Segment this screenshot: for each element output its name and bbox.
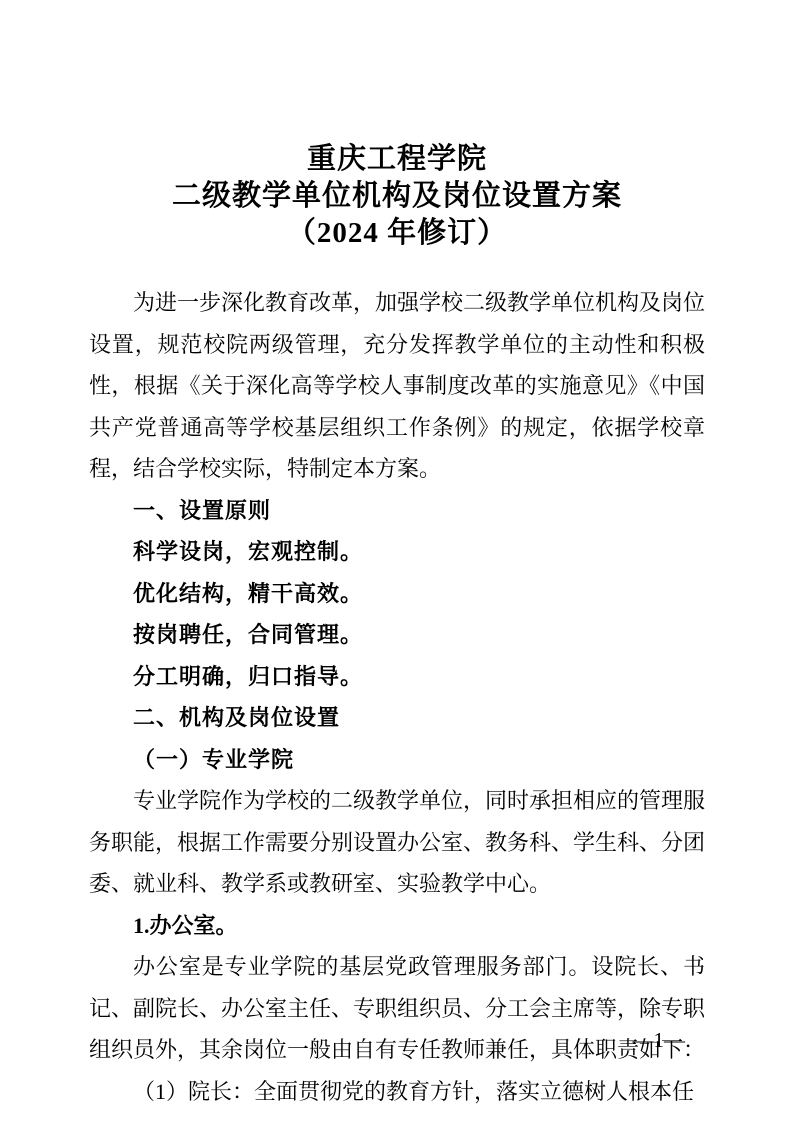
principle-item-1: 科学设岗，宏观控制。 (89, 531, 705, 573)
sub-heading-college: （一）专业学院 (89, 739, 705, 781)
college-paragraph: 专业学院作为学校的二级教学单位，同时承担相应的管理服务职能，根据工作需要分别设置… (89, 780, 705, 905)
dean-duty-paragraph: （1）院长：全面贯彻党的教育方针，落实立德树人根本任 (89, 1071, 705, 1113)
section-heading-principles: 一、设置原则 (89, 490, 705, 532)
numbered-heading-office: 1.办公室。 (89, 905, 705, 947)
intro-paragraph: 为进一步深化教育改革，加强学校二级教学单位机构及岗位设置，规范校院两级管理，充分… (89, 282, 705, 490)
page-number: —1— (633, 1026, 686, 1054)
office-paragraph: 办公室是专业学院的基层党政管理服务部门。设院长、书记、副院长、办公室主任、专职组… (89, 946, 705, 1071)
principle-item-2: 优化结构，精干高效。 (89, 573, 705, 615)
document-title: 重庆工程学院 二级教学单位机构及岗位设置方案 （2024 年修订） (89, 141, 705, 252)
document-content: 重庆工程学院 二级教学单位机构及岗位设置方案 （2024 年修订） 为进一步深化… (89, 141, 705, 1112)
title-line-revision: （2024 年修订） (89, 215, 705, 252)
title-line-school: 重庆工程学院 (89, 141, 705, 178)
section-heading-structure: 二、机构及岗位设置 (89, 697, 705, 739)
title-line-subject: 二级教学单位机构及岗位设置方案 (89, 178, 705, 215)
principle-item-4: 分工明确，归口指导。 (89, 656, 705, 698)
principle-item-3: 按岗聘任，合同管理。 (89, 614, 705, 656)
document-page: 重庆工程学院 二级教学单位机构及岗位设置方案 （2024 年修订） 为进一步深化… (0, 0, 794, 1122)
